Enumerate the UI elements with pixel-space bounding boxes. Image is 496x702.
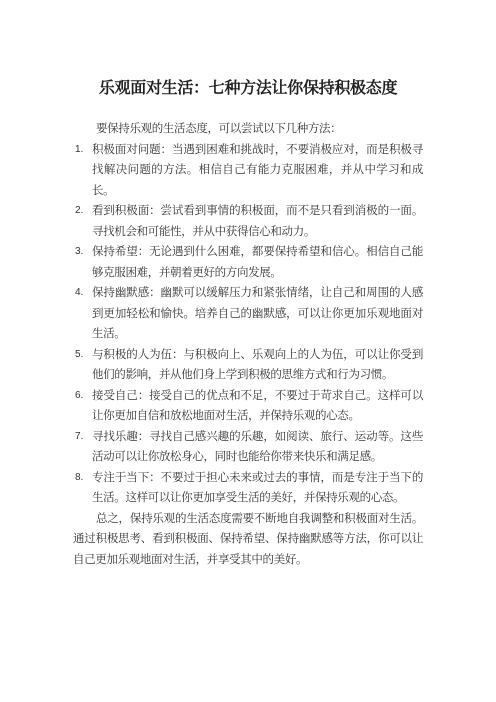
- list-item-text: 保持希望：无论遇到什么困难，都要保持希望和信心。相信自己能够克服困难，并朝着更好…: [92, 246, 423, 279]
- intro-paragraph: 要保持乐观的生活态度，可以尝试以下几种方法：: [73, 119, 423, 140]
- list-item-number: 4.: [75, 283, 83, 304]
- list-item-text: 寻找乐趣：寻找自己感兴趣的乐趣，如阅读、旅行、运动等。这些活动可以让你放松身心，…: [92, 431, 423, 464]
- list-item-text: 保持幽默感：幽默可以缓解压力和紧张情绪，让自己和周围的人感到更加轻松和愉快。培养…: [92, 287, 423, 340]
- list-item: 4. 保持幽默感：幽默可以缓解压力和紧张情绪，让自己和周围的人感到更加轻松和愉快…: [73, 283, 423, 345]
- closing-paragraph: 总之，保持乐观的生活态度需要不断地自我调整和积极面对生活。通过积极思考、看到积极…: [73, 509, 423, 571]
- list-item-number: 2.: [75, 201, 83, 222]
- list-item-text: 与积极的人为伍：与积极向上、乐观向上的人为伍，可以让你受到他们的影响，并从他们身…: [92, 349, 423, 382]
- list-item-text: 专注于当下：不要过于担心未来或过去的事情，而是专注于当下的生活。这样可以让你更加…: [92, 472, 423, 505]
- list-item-number: 1.: [75, 140, 83, 161]
- list-item: 6. 接受自己：接受自己的优点和不足，不要过于苛求自己。这样可以让你更加自信和放…: [73, 386, 423, 427]
- list-item-text: 接受自己：接受自己的优点和不足，不要过于苛求自己。这样可以让你更加自信和放松地面…: [92, 390, 423, 423]
- list-item: 1. 积极面对问题：当遇到困难和挑战时，不要消极应对，而是积极寻找解决问题的方法…: [73, 140, 423, 202]
- list-item-number: 8.: [75, 468, 83, 489]
- list-item-text: 积极面对问题：当遇到困难和挑战时，不要消极应对，而是积极寻找解决问题的方法。相信…: [92, 144, 423, 197]
- methods-list: 1. 积极面对问题：当遇到困难和挑战时，不要消极应对，而是积极寻找解决问题的方法…: [73, 140, 423, 509]
- list-item: 2. 看到积极面：尝试看到事情的积极面，而不是只看到消极的一面。寻找机会和可能性…: [73, 201, 423, 242]
- document-title: 乐观面对生活：七种方法让你保持积极态度: [73, 78, 423, 100]
- list-item-number: 5.: [75, 345, 83, 366]
- list-item: 3. 保持希望：无论遇到什么困难，都要保持希望和信心。相信自己能够克服困难，并朝…: [73, 242, 423, 283]
- document-page: 乐观面对生活：七种方法让你保持积极态度 要保持乐观的生活态度，可以尝试以下几种方…: [0, 0, 496, 702]
- list-item: 5. 与积极的人为伍：与积极向上、乐观向上的人为伍，可以让你受到他们的影响，并从…: [73, 345, 423, 386]
- list-item-number: 3.: [75, 242, 83, 263]
- list-item: 8. 专注于当下：不要过于担心未来或过去的事情，而是专注于当下的生活。这样可以让…: [73, 468, 423, 509]
- list-item: 7. 寻找乐趣：寻找自己感兴趣的乐趣，如阅读、旅行、运动等。这些活动可以让你放松…: [73, 427, 423, 468]
- list-item-number: 6.: [75, 386, 83, 407]
- list-item-number: 7.: [75, 427, 83, 448]
- list-item-text: 看到积极面：尝试看到事情的积极面，而不是只看到消极的一面。寻找机会和可能性，并从…: [92, 205, 423, 238]
